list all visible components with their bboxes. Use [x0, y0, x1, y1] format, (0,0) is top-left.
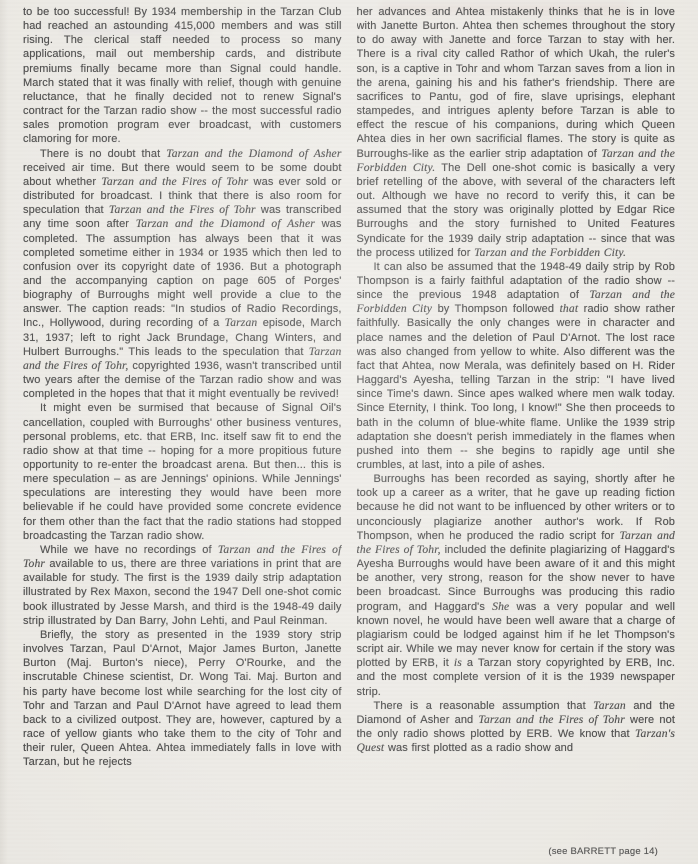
text-run: While we have no recordings of: [40, 544, 218, 556]
paragraph: to be too successful! By 1934 membership…: [23, 5, 342, 147]
book-title-run: is: [454, 656, 462, 669]
book-title-run: Tarzan and the Fires of Tohr: [109, 203, 256, 216]
paragraph: Briefly, the story as presented in the 1…: [23, 628, 342, 770]
book-title-run: Tarzan and the Forbidden City.: [474, 246, 626, 259]
text-run: was completed. The assumption has always…: [23, 218, 342, 329]
paragraph: There is no doubt that Tarzan and the Di…: [23, 147, 342, 402]
text-run: by Thompson followed: [432, 303, 559, 315]
text-column-right: her advances and Ahtea mistakenly thinks…: [357, 5, 676, 864]
text-run: Briefly, the story as presented in the 1…: [23, 629, 342, 768]
text-run: available to us, there are three variati…: [23, 558, 342, 627]
paragraph: her advances and Ahtea mistakenly thinks…: [357, 5, 676, 260]
text-run: was first plotted as a radio show and: [384, 742, 573, 754]
paragraph: While we have no recordings of Tarzan an…: [23, 543, 342, 628]
text-run: It might even be surmised that because o…: [23, 402, 342, 541]
book-title-run: Tarzan and the Diamond of Asher: [136, 217, 315, 230]
paragraph: Burroughs has been recorded as saying, s…: [357, 472, 676, 699]
book-title-run: She: [492, 600, 509, 613]
text-run: to be too successful! By 1934 membership…: [23, 6, 342, 145]
paragraph: There is a reasonable assumption that Ta…: [357, 699, 676, 756]
paragraph: It can also be assumed that the 1948-49 …: [357, 260, 676, 472]
text-run: There is no doubt that: [40, 148, 166, 160]
book-title-run: Tarzan and the Diamond of Asher: [166, 147, 341, 160]
book-title-run: that: [560, 302, 579, 315]
book-title-run: Tarzan and the Fires of Tohr: [478, 713, 624, 726]
book-title-run: Tarzan and the Fires of Tohr: [101, 175, 248, 188]
continuation-note: (see BARRETT page 14): [548, 846, 658, 857]
book-title-run: Tarzan: [593, 699, 626, 712]
book-title-run: Tarzan: [225, 316, 258, 329]
paragraph: It might even be surmised that because o…: [23, 401, 342, 543]
text-run: There is a reasonable assumption that: [374, 700, 594, 712]
article-page: to be too successful! By 1934 membership…: [0, 0, 698, 864]
text-column-left: to be too successful! By 1934 membership…: [23, 5, 342, 864]
text-run: her advances and Ahtea mistakenly thinks…: [357, 6, 676, 160]
text-run: The Dell one-shot comic is basically a v…: [357, 162, 676, 259]
text-run: radio show rather faithfully. Basically …: [357, 303, 676, 471]
